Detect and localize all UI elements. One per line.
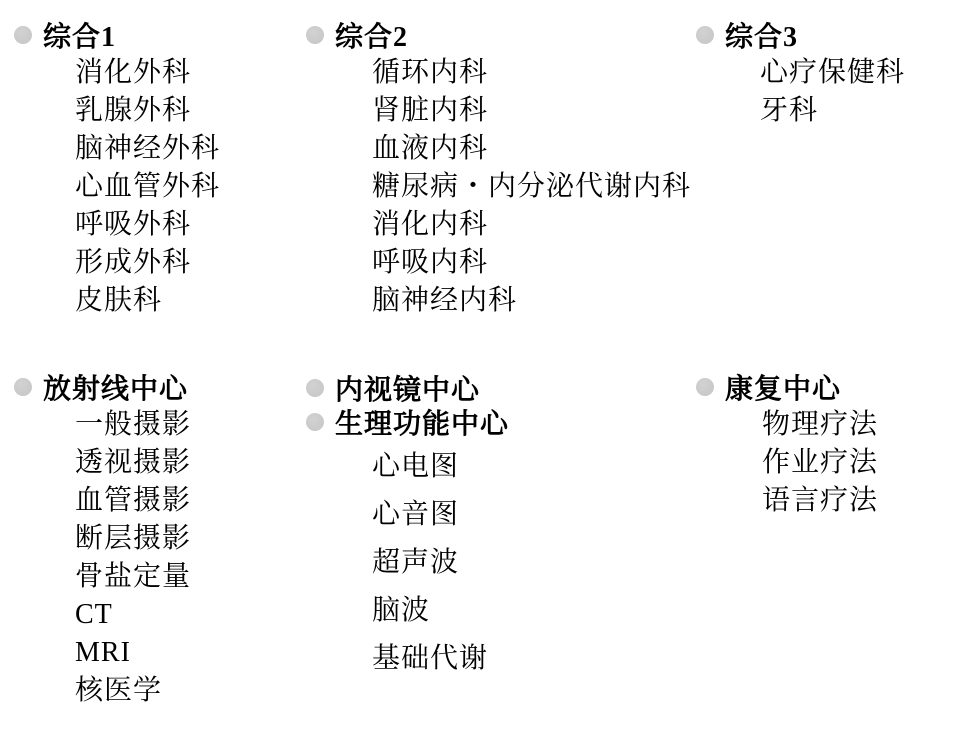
section-header: 综合3 <box>696 16 905 54</box>
section-title: 生理功能中心 <box>335 402 509 442</box>
department-list: 心疗保健科 牙科 <box>696 54 905 130</box>
section-title: 综合1 <box>43 15 116 55</box>
section-header: 综合2 <box>306 16 691 54</box>
bullet-icon <box>306 379 324 397</box>
department-item[interactable]: 糖尿病・内分泌代谢内科 <box>372 168 691 206</box>
department-item[interactable]: 核医学 <box>75 672 191 710</box>
department-item[interactable]: 透视摄影 <box>75 444 191 482</box>
department-item[interactable]: 脑神经内科 <box>372 282 691 320</box>
section-title: 综合3 <box>725 15 798 55</box>
department-item[interactable]: 语言疗法 <box>762 482 878 520</box>
department-item[interactable]: 消化内科 <box>372 206 691 244</box>
department-item[interactable]: 牙科 <box>760 92 905 130</box>
section-general-2: 综合2 循环内科 肾脏内科 血液内科 糖尿病・内分泌代谢内科 消化内科 呼吸内科… <box>306 16 691 320</box>
department-item[interactable]: 血管摄影 <box>75 482 191 520</box>
section-radiology-center: 放射线中心 一般摄影 透视摄影 血管摄影 断层摄影 骨盐定量 CT MRI 核医… <box>14 368 191 710</box>
department-list: 物理疗法 作业疗法 语言疗法 <box>696 406 878 520</box>
section-header: 综合1 <box>14 16 220 54</box>
department-item[interactable]: 形成外科 <box>75 244 220 282</box>
department-item[interactable]: CT <box>75 596 191 634</box>
department-item[interactable]: 断层摄影 <box>75 520 191 558</box>
department-list: 心电图 心音图 超声波 脑波 基础代谢 <box>306 443 509 683</box>
section-header: 生理功能中心 <box>306 405 509 439</box>
section-title: 放射线中心 <box>43 367 188 407</box>
department-list: 循环内科 肾脏内科 血液内科 糖尿病・内分泌代谢内科 消化内科 呼吸内科 脑神经… <box>306 54 691 320</box>
department-item[interactable]: 心血管外科 <box>75 168 220 206</box>
department-item[interactable]: 呼吸外科 <box>75 206 220 244</box>
bullet-icon <box>306 26 324 44</box>
department-item[interactable]: 心疗保健科 <box>760 54 905 92</box>
department-item[interactable]: 骨盐定量 <box>75 558 191 596</box>
department-item[interactable]: 呼吸内科 <box>372 244 691 282</box>
department-item[interactable]: 脑波 <box>372 587 509 635</box>
department-item[interactable]: 肾脏内科 <box>372 92 691 130</box>
section-title: 康复中心 <box>725 367 841 407</box>
department-list: 消化外科 乳腺外科 脑神经外科 心血管外科 呼吸外科 形成外科 皮肤科 <box>14 54 220 320</box>
department-list: 一般摄影 透视摄影 血管摄影 断层摄影 骨盐定量 CT MRI 核医学 <box>14 406 191 710</box>
section-general-1: 综合1 消化外科 乳腺外科 脑神经外科 心血管外科 呼吸外科 形成外科 皮肤科 <box>14 16 220 320</box>
department-item[interactable]: 消化外科 <box>75 54 220 92</box>
department-item[interactable]: 脑神经外科 <box>75 130 220 168</box>
section-header: 放射线中心 <box>14 368 191 406</box>
bullet-icon <box>306 413 324 431</box>
section-rehabilitation-center: 康复中心 物理疗法 作业疗法 语言疗法 <box>696 368 878 520</box>
bullet-icon <box>14 378 32 396</box>
section-general-3: 综合3 心疗保健科 牙科 <box>696 16 905 130</box>
department-item[interactable]: 作业疗法 <box>762 444 878 482</box>
department-item[interactable]: 皮肤科 <box>75 282 220 320</box>
department-item[interactable]: 心音图 <box>372 491 509 539</box>
department-item[interactable]: 物理疗法 <box>762 406 878 444</box>
section-header: 内视镜中心 <box>306 371 509 405</box>
bullet-icon <box>696 26 714 44</box>
department-item[interactable]: 基础代谢 <box>372 635 509 683</box>
bullet-icon <box>14 26 32 44</box>
bullet-icon <box>696 378 714 396</box>
section-endoscopy-physiology-center: 内视镜中心 生理功能中心 心电图 心音图 超声波 脑波 基础代谢 <box>306 371 509 683</box>
department-item[interactable]: 超声波 <box>372 539 509 587</box>
department-item[interactable]: MRI <box>75 634 191 672</box>
section-header: 康复中心 <box>696 368 878 406</box>
department-item[interactable]: 一般摄影 <box>75 406 191 444</box>
department-item[interactable]: 心电图 <box>372 443 509 491</box>
department-item[interactable]: 循环内科 <box>372 54 691 92</box>
department-item[interactable]: 乳腺外科 <box>75 92 220 130</box>
section-title: 综合2 <box>335 15 408 55</box>
department-item[interactable]: 血液内科 <box>372 130 691 168</box>
